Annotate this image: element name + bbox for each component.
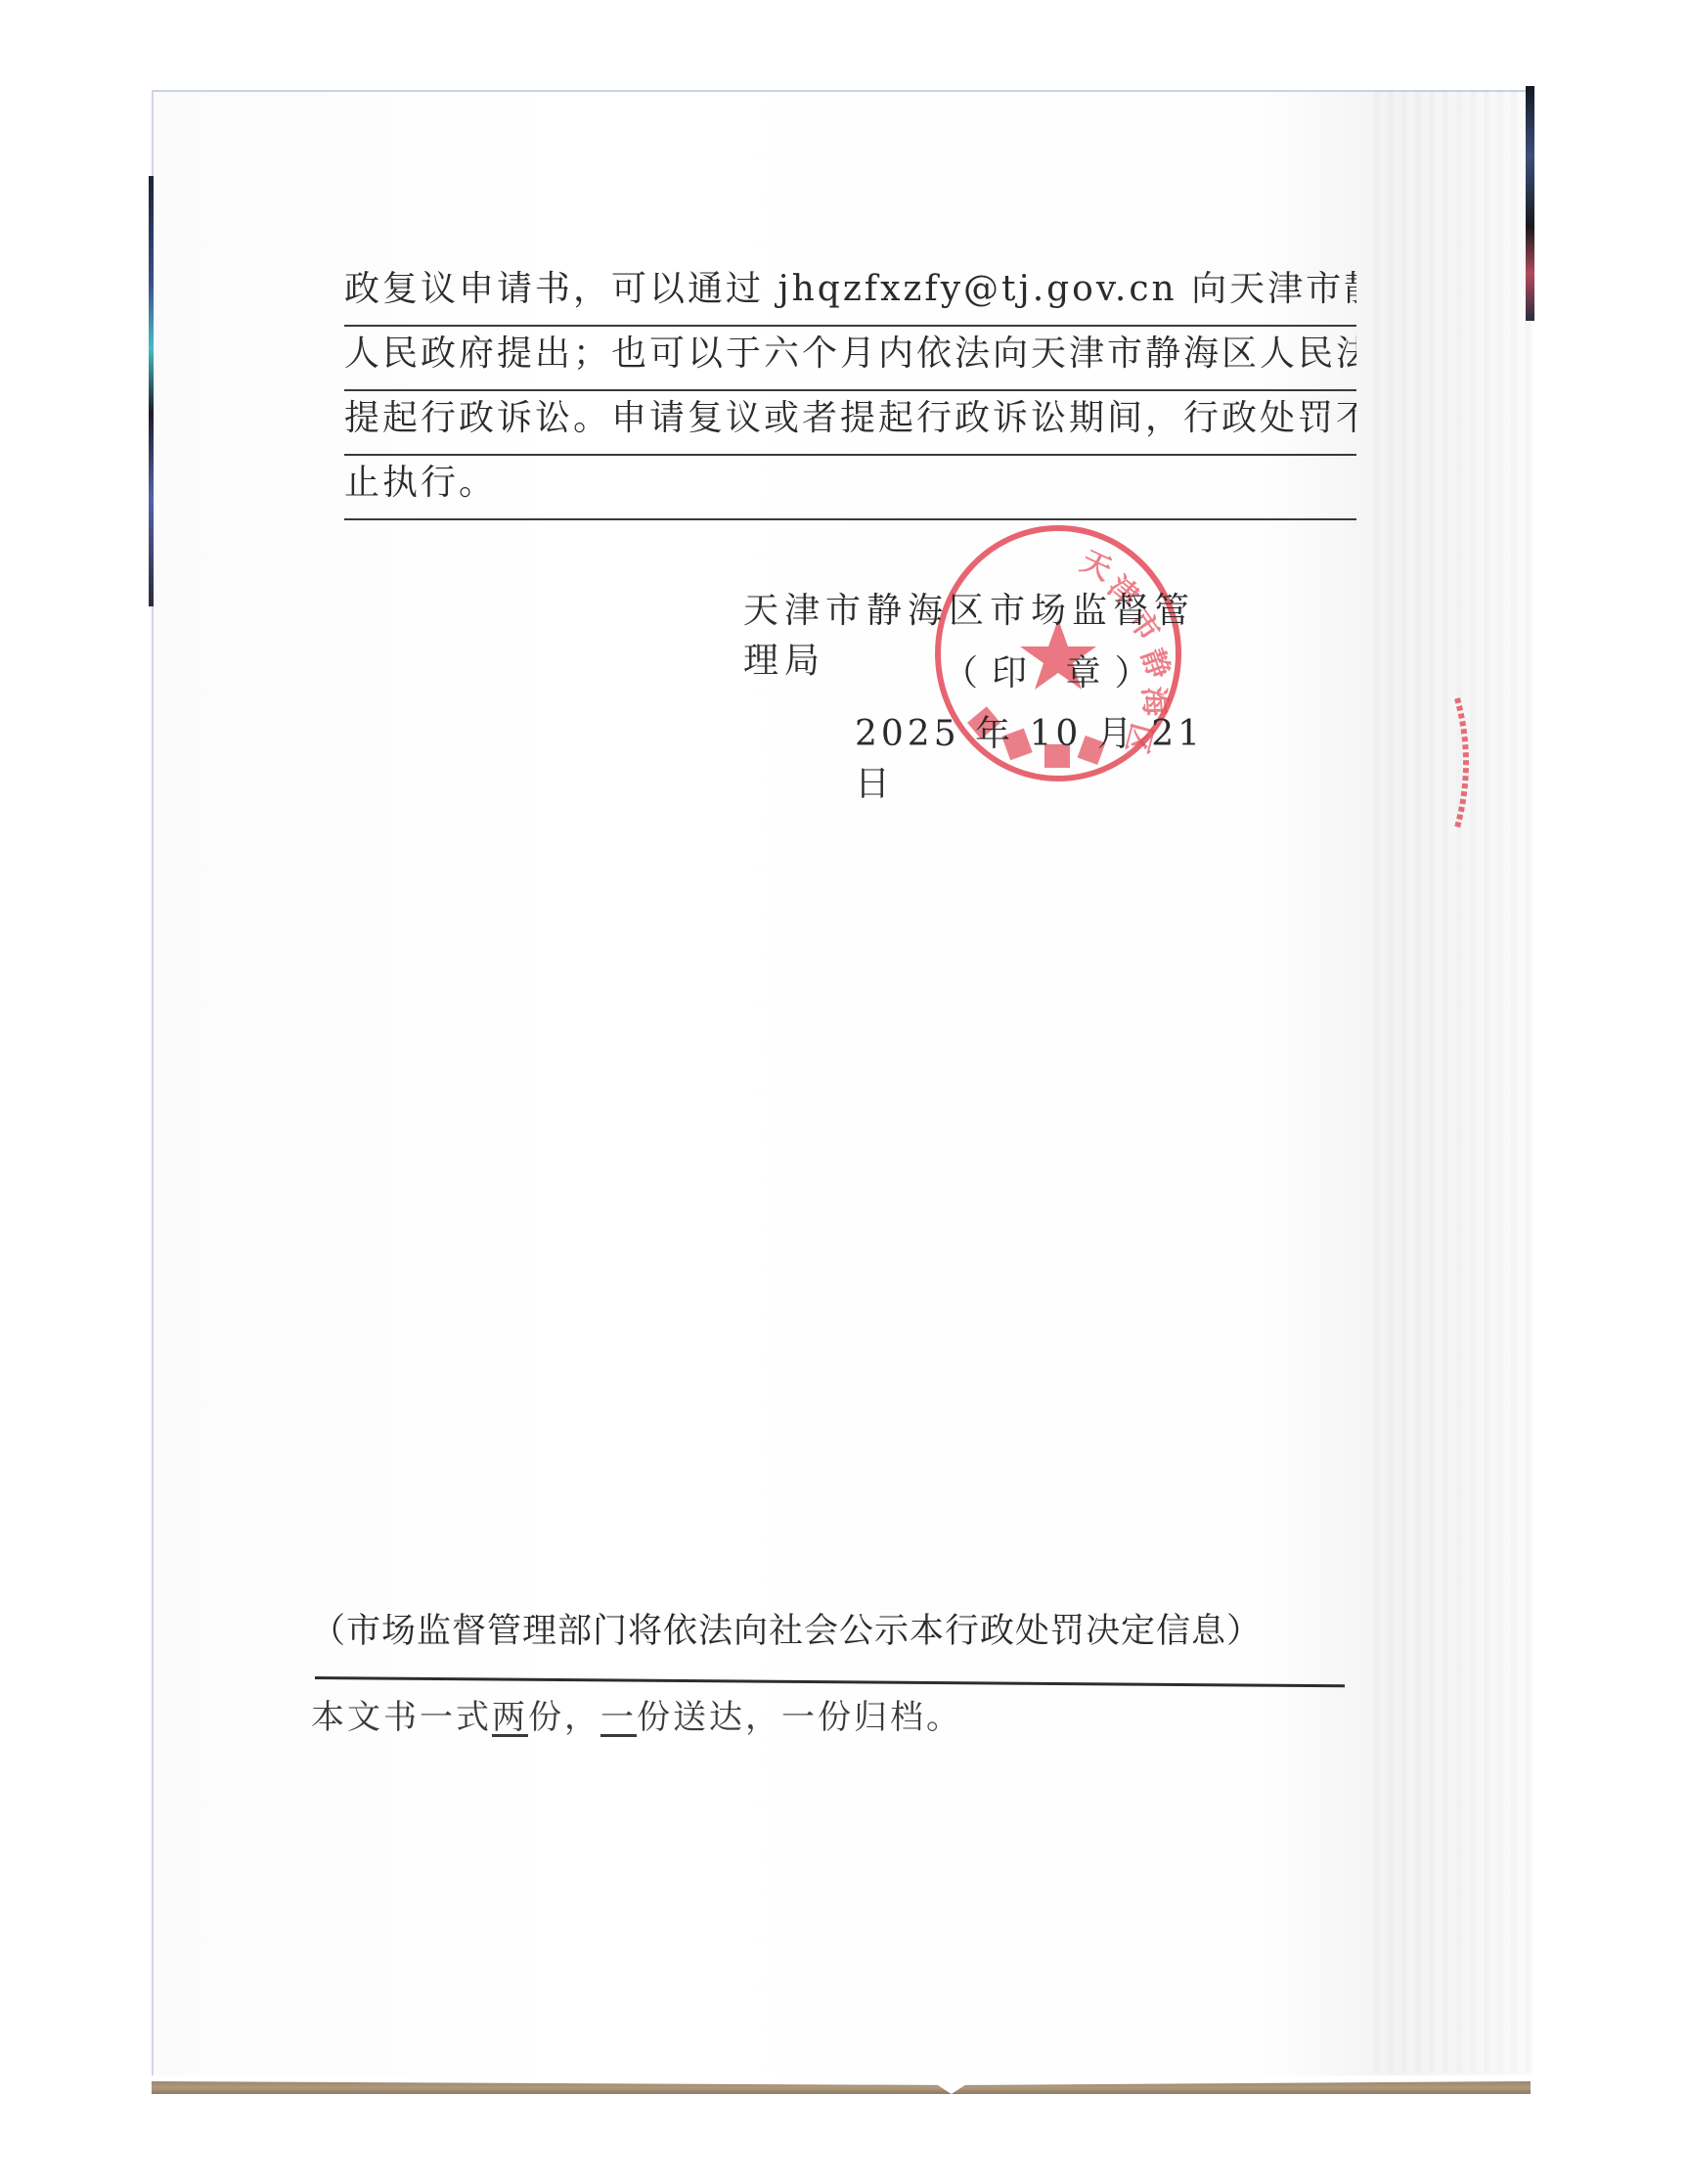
page-fold-shadow [1374, 90, 1531, 2073]
paragraph-line: 止执行。 [344, 456, 1356, 520]
issue-date: 2025 年 10 月 21 日 [743, 706, 1232, 765]
copies-prefix: 本文书一式 [311, 1698, 492, 1737]
background-edge-left [149, 176, 154, 606]
copies-count: 两 [492, 1698, 528, 1737]
paragraph-line: 提起行政诉讼。申请复议或者提起行政诉讼期间，行政处罚不停 [344, 391, 1356, 456]
table-edge-bottom [152, 2081, 1531, 2094]
copies-middle: 份， [528, 1698, 600, 1737]
appeal-paragraph: 政复议申请书，可以通过 jhqzfxzfy@tj.gov.cn 向天津市静海区 … [344, 262, 1356, 520]
copies-note: 本文书一式两份，一份送达，一份归档。 [311, 1690, 996, 1738]
copies-suffix: 份送达，一份归档。 [637, 1698, 962, 1737]
disclosure-notice: （市场监督管理部门将依法向社会公示本行政处罚决定信息） [311, 1604, 1348, 1653]
issuing-authority: 天津市静海区市场监督管理局 [743, 583, 1232, 646]
paragraph-line: 政复议申请书，可以通过 jhqzfxzfy@tj.gov.cn 向天津市静海区 [344, 262, 1356, 327]
signature-block: 天津市静海区市场监督管理局 （印 章） 2025 年 10 月 21 日 [743, 583, 1232, 765]
background-edge-right [1526, 86, 1534, 321]
copies-served: 一 [600, 1698, 637, 1737]
paragraph-line: 人民政府提出；也可以于六个月内依法向天津市静海区人民法院 [344, 327, 1356, 391]
